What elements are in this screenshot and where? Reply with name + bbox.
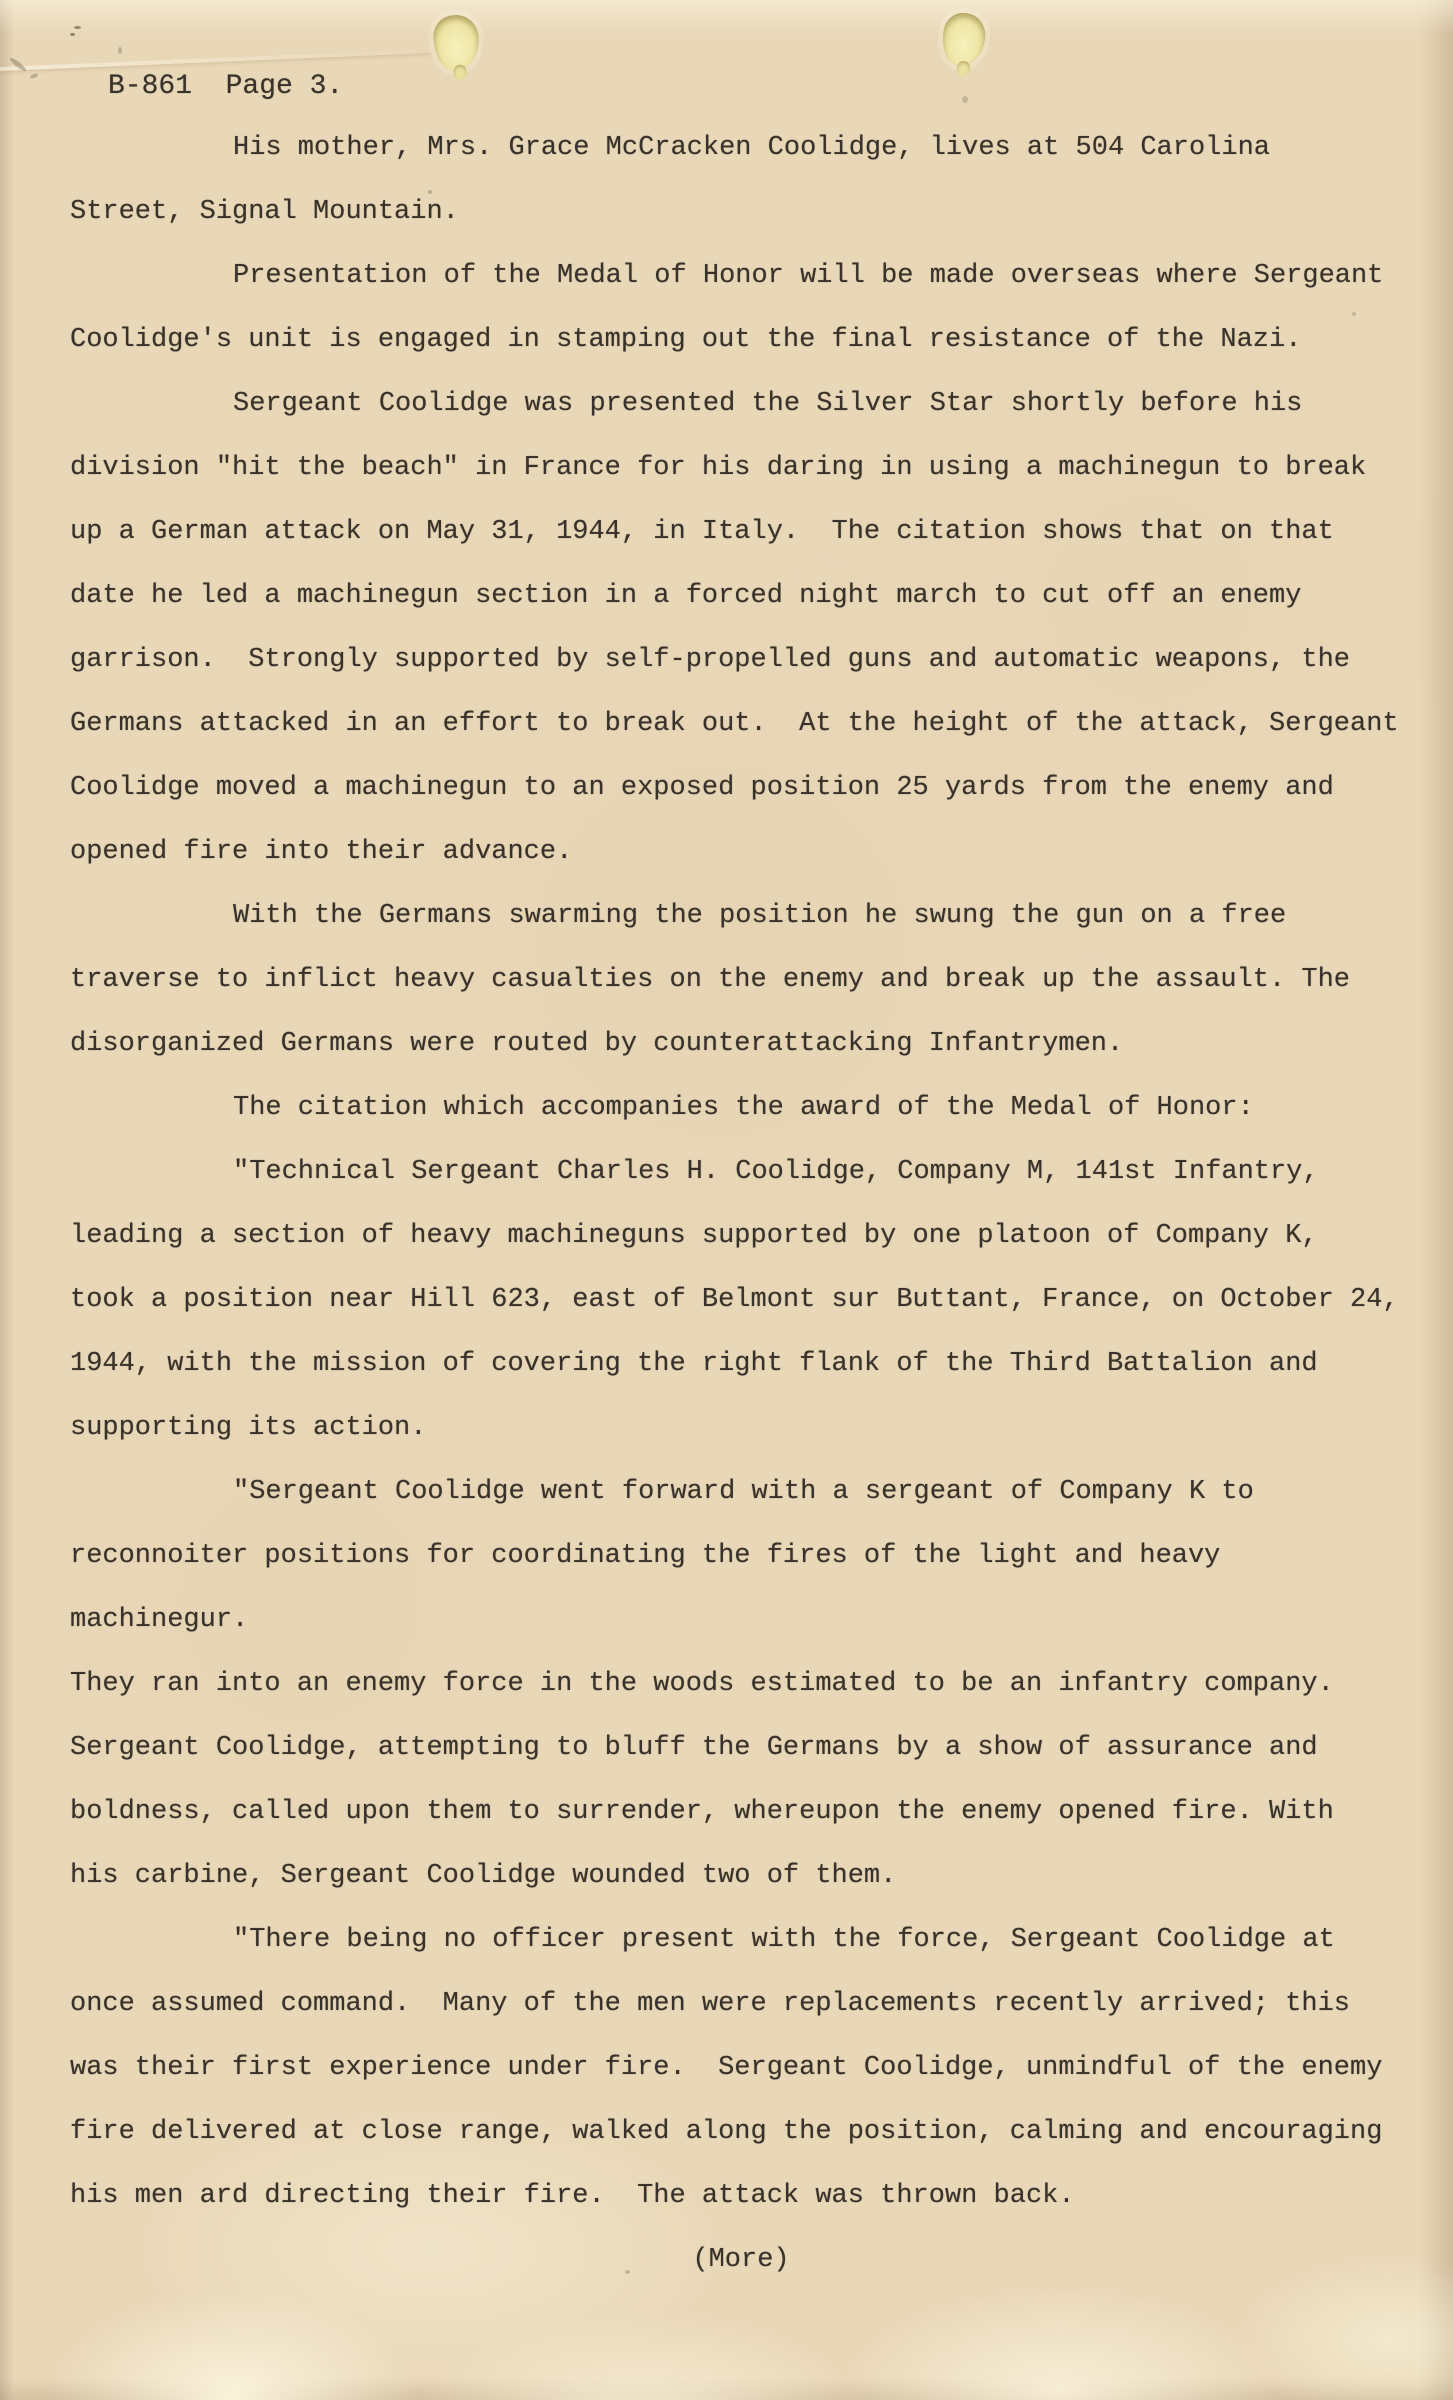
punch-hole-right — [941, 12, 987, 68]
paragraph-mother-address: His mother, Mrs. Grace McCracken Coolidg… — [70, 116, 1412, 244]
paragraph-citation-intro: The citation which accompanies the award… — [70, 1076, 1412, 1140]
paper-crease — [0, 49, 430, 71]
paragraph-citation-reconnoiter: "Sergeant Coolidge went forward with a s… — [70, 1460, 1412, 1908]
typewritten-press-release-page: B-861 Page 3. His mother, Mrs. Grace McC… — [0, 0, 1453, 2400]
page-header: B-861 Page 3. — [108, 70, 343, 104]
paragraph-free-traverse: With the Germans swarming the position h… — [70, 884, 1412, 1076]
punch-hole-left — [432, 13, 482, 72]
document-body: His mother, Mrs. Grace McCracken Coolidg… — [70, 116, 1412, 2292]
paper-speck — [70, 33, 75, 36]
paragraph-citation-command: "There being no officer present with the… — [70, 1908, 1412, 2228]
paragraph-presentation-overseas: Presentation of the Medal of Honor will … — [70, 244, 1412, 372]
paper-speck — [962, 96, 968, 103]
paper-speck — [30, 73, 39, 79]
more-indicator: (More) — [70, 2228, 1412, 2292]
paragraph-silver-star: Sergeant Coolidge was presented the Silv… — [70, 372, 1412, 884]
paper-speck — [118, 47, 122, 54]
paragraph-citation-position: "Technical Sergeant Charles H. Coolidge,… — [70, 1140, 1412, 1460]
paper-speck — [74, 26, 81, 29]
